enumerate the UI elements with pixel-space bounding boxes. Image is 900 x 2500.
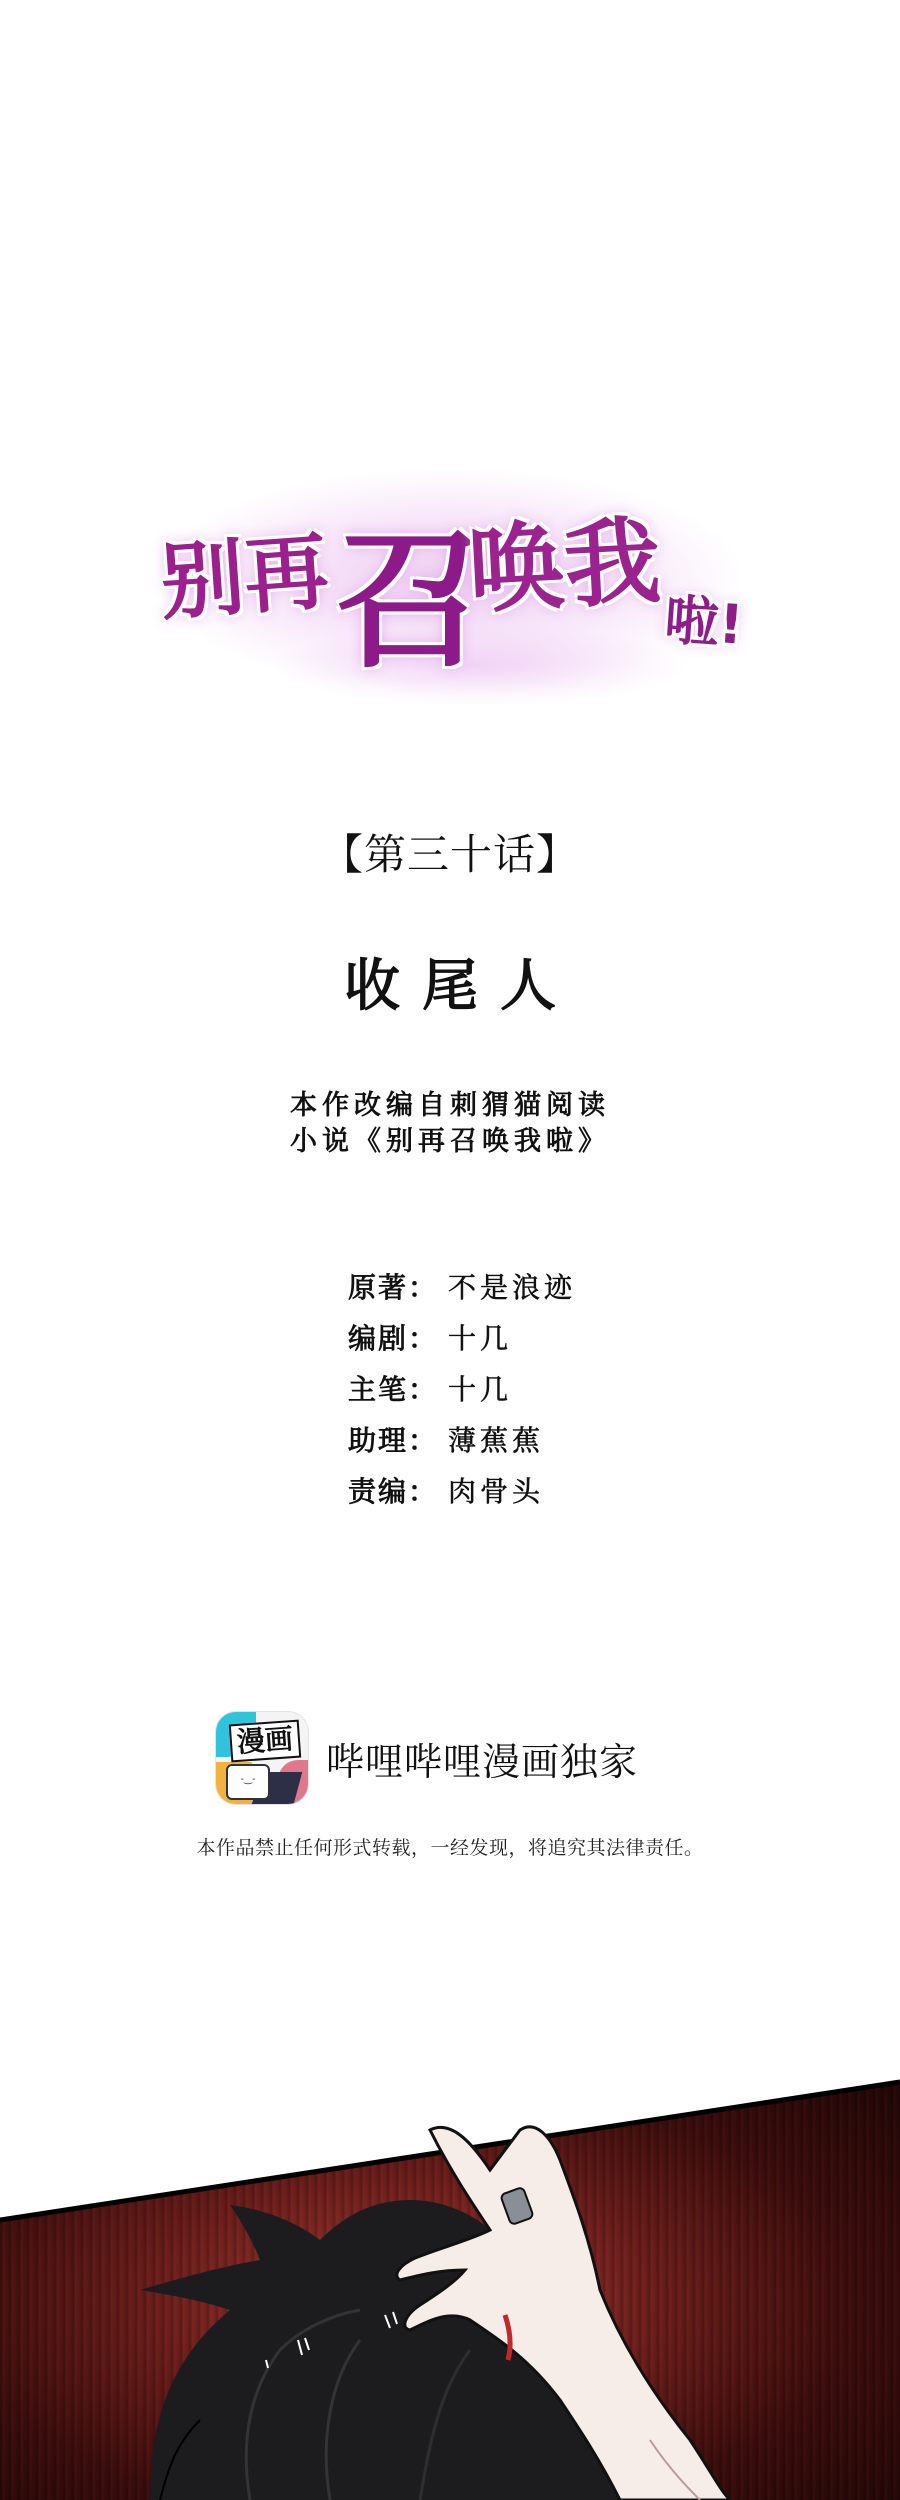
credit-lead-artist: 主笔：十几 bbox=[348, 1364, 576, 1415]
credit-name: 不是浪迹 bbox=[448, 1271, 576, 1304]
series-logo: 别再 召 唤我 啦! bbox=[120, 440, 780, 720]
adaptation-line-2: 小说《别再召唤我啦》 bbox=[0, 1124, 900, 1160]
logo-text-part-2: 召 bbox=[335, 480, 485, 696]
publisher-exclusive-text: 哔哩哔哩漫画独家 bbox=[326, 1731, 638, 1786]
copyright-notice: 本作品禁止任何形式转载，一经发现，将追究其法律责任。 bbox=[0, 1833, 900, 1860]
credit-name: 薄蕉蕉 bbox=[448, 1424, 544, 1457]
credit-name: 十几 bbox=[448, 1322, 512, 1355]
adaptation-note: 本作改编自刺猬猫阅读 小说《别再召唤我啦》 bbox=[0, 1088, 900, 1160]
chapter-number: 【第三十话】 bbox=[0, 822, 900, 882]
bilibili-manga-app-icon: 漫画 -‿- bbox=[216, 1712, 308, 1804]
publisher-badge: 漫画 -‿- 哔哩哔哩漫画独家 bbox=[216, 1712, 638, 1804]
tv-mascot-icon: -‿- bbox=[226, 1764, 270, 1800]
credit-role: 编剧： bbox=[348, 1322, 438, 1355]
credit-screenwriter: 编剧：十几 bbox=[348, 1313, 576, 1364]
icon-manga-text: 漫画 bbox=[229, 1720, 301, 1763]
credit-role: 原著： bbox=[348, 1271, 438, 1304]
logo-text-part-1: 别再 bbox=[156, 504, 332, 636]
credit-role: 助理： bbox=[348, 1424, 438, 1457]
credit-role: 主笔： bbox=[348, 1373, 438, 1406]
credit-name: 肉骨头 bbox=[448, 1475, 544, 1508]
credit-role: 责编： bbox=[348, 1475, 438, 1508]
chapter-title: 收尾人 bbox=[0, 942, 900, 1022]
credit-original-author: 原著：不是浪迹 bbox=[348, 1262, 576, 1313]
credits-list: 原著：不是浪迹 编剧：十几 主笔：十几 助理：薄蕉蕉 责编：肉骨头 bbox=[348, 1262, 576, 1517]
credit-name: 十几 bbox=[448, 1373, 512, 1406]
logo-text-part-4: 啦! bbox=[662, 577, 746, 659]
logo-text-part-3: 唤我 bbox=[465, 485, 664, 632]
adaptation-line-1: 本作改编自刺猬猫阅读 bbox=[0, 1088, 900, 1124]
credit-editor: 责编：肉骨头 bbox=[348, 1466, 576, 1517]
manga-panel-artwork bbox=[0, 2060, 900, 2500]
credit-assistant: 助理：薄蕉蕉 bbox=[348, 1415, 576, 1466]
